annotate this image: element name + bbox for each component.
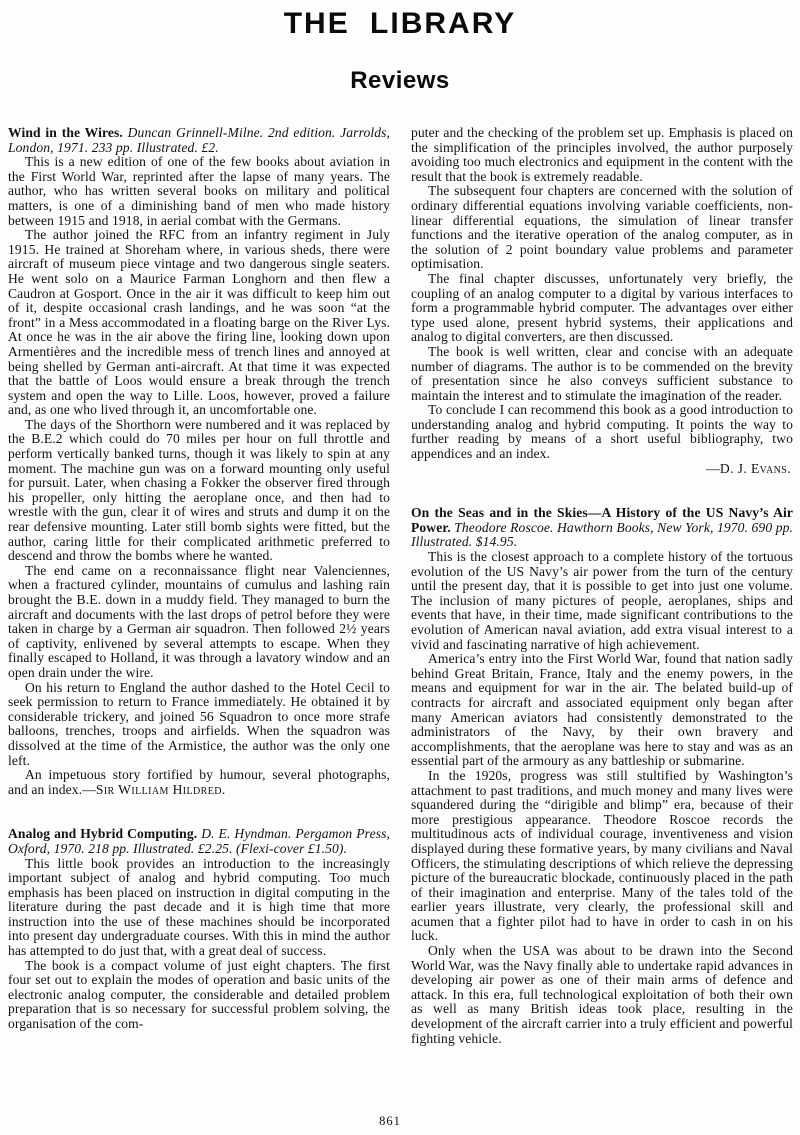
page-number: 861 [379, 1114, 401, 1129]
review-paragraph: The days of the Shorthorn were numbered … [8, 418, 390, 564]
masthead: THE LIBRARY Reviews [0, 0, 800, 96]
journal-page: THE LIBRARY Reviews Wind in the Wires. D… [0, 0, 800, 1135]
review-paragraph: puter and the checking of the problem se… [411, 126, 793, 184]
review-heading: On the Seas and in the Skies—A History o… [411, 506, 793, 550]
review-title: Wind in the Wires. [8, 125, 123, 140]
byline-dash: — [706, 461, 720, 476]
review-paragraph: The subsequent four chapters are concern… [411, 184, 793, 272]
review-paragraph: The final chapter discusses, unfortunate… [411, 272, 793, 345]
reviewer-byline: —D. J. Evans. [411, 462, 793, 477]
review-paragraph: On his return to England the author dash… [8, 681, 390, 769]
review-paragraph: To conclude I can recommend this book as… [411, 403, 793, 461]
review-paragraph: The end came on a reconnaissance flight … [8, 564, 390, 681]
review-paragraph: An impetuous story fortified by humour, … [8, 768, 390, 797]
review-title: Analog and Hybrid Computing. [8, 826, 197, 841]
review-columns: Wind in the Wires. Duncan Grinnell-Milne… [0, 126, 800, 1046]
left-column: Wind in the Wires. Duncan Grinnell-Milne… [8, 126, 390, 1046]
review-paragraph: This little book provides an introductio… [8, 857, 390, 959]
review-heading: Analog and Hybrid Computing. D. E. Hyndm… [8, 827, 390, 856]
review-paragraph: America’s entry into the First World War… [411, 652, 793, 769]
review-paragraph: The book is well written, clear and conc… [411, 345, 793, 403]
reviewer-name: D. J. Evans. [720, 461, 791, 476]
review-paragraph: This is the closest approach to a comple… [411, 550, 793, 652]
section-title-reviews: Reviews [0, 66, 800, 96]
review-paragraph: This is a new edition of one of the few … [8, 155, 390, 228]
right-column: puter and the checking of the problem se… [411, 126, 793, 1046]
reviewer-name: Sir William Hildred. [96, 782, 226, 797]
review-citation: Theodore Roscoe. Hawthorn Books, New Yor… [411, 520, 793, 550]
review-paragraph: The author joined the RFC from an infant… [8, 228, 390, 418]
review-heading: Wind in the Wires. Duncan Grinnell-Milne… [8, 126, 390, 155]
review-paragraph: In the 1920s, progress was still stultif… [411, 769, 793, 944]
review-paragraph: The book is a compact volume of just eig… [8, 959, 390, 1032]
review-paragraph: Only when the USA was about to be drawn … [411, 944, 793, 1046]
journal-title: THE LIBRARY [0, 6, 800, 42]
